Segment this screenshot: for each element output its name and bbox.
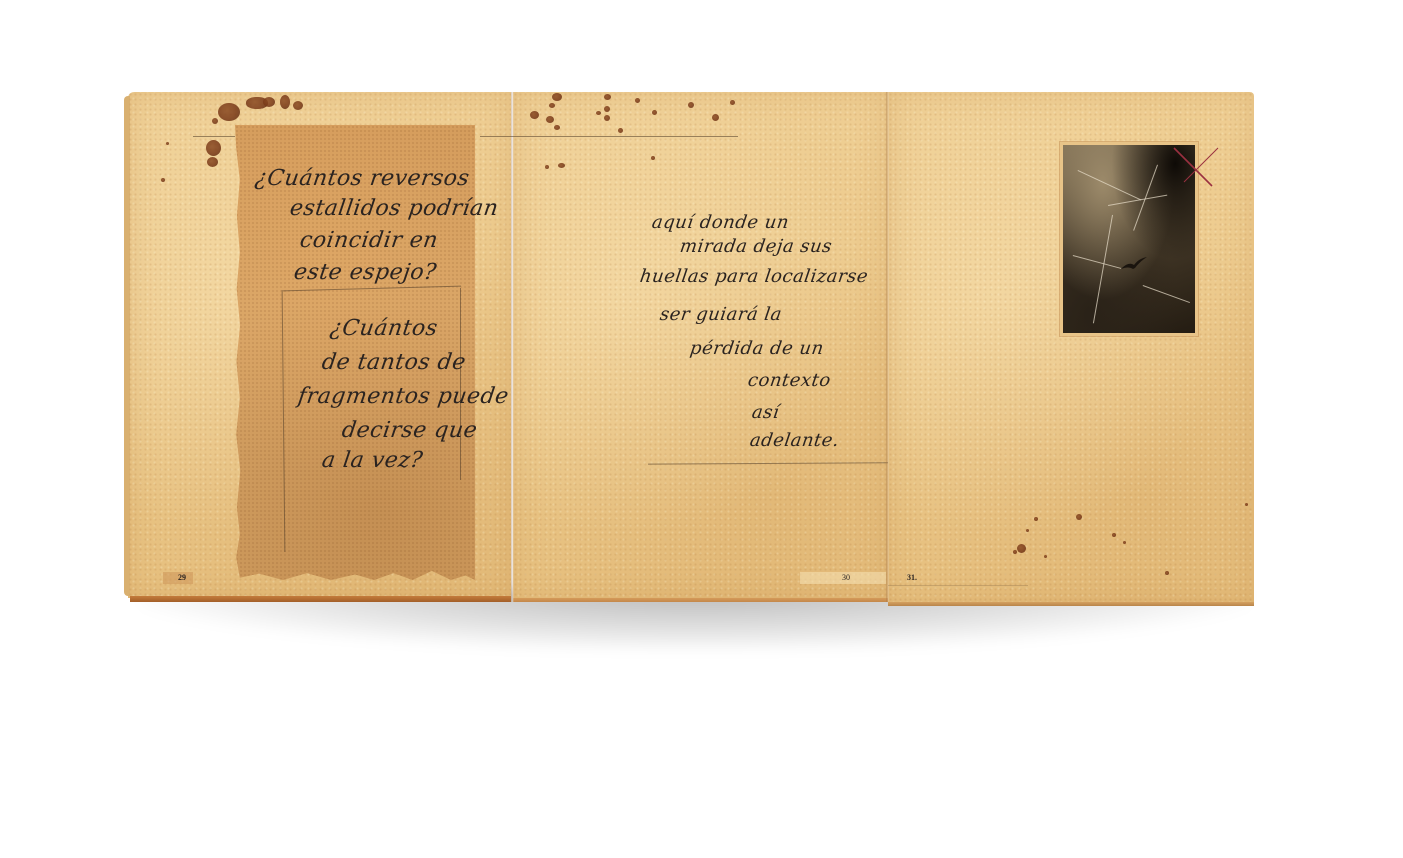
- gutter-fold: [511, 92, 514, 602]
- handwritten-line: aquí donde un: [651, 214, 790, 232]
- ink-stain: [206, 140, 221, 156]
- photo-crack: [1078, 170, 1142, 200]
- handwritten-line: ¿Cuántos: [328, 318, 439, 340]
- ink-stain: [1013, 550, 1017, 554]
- ink-stain: [1044, 555, 1047, 558]
- photo-crack: [1073, 255, 1122, 269]
- handwritten-line: coincidir en: [298, 230, 439, 252]
- ink-stain: [1245, 503, 1248, 506]
- handwritten-line: pérdida de un: [689, 340, 825, 358]
- left-page-bottom-edge: [130, 596, 511, 602]
- handwritten-line: ¿Cuántos reversos: [253, 168, 470, 190]
- photo-crack: [1093, 215, 1113, 324]
- ink-stain: [166, 142, 169, 145]
- ink-stain: [549, 103, 555, 108]
- pencil-rule: [193, 136, 235, 137]
- ink-stain: [212, 118, 218, 124]
- ink-stain: [1017, 544, 1026, 553]
- ink-stain: [530, 111, 539, 119]
- handwritten-line: adelante.: [749, 432, 841, 450]
- ink-stain: [207, 157, 218, 167]
- handwritten-line: decirse que: [340, 420, 478, 442]
- handwritten-line: ser guiará la: [659, 306, 783, 324]
- artist-book-photo: ¿Cuántos reversos estallidos podrían coi…: [0, 0, 1403, 858]
- ink-stain: [293, 101, 303, 110]
- ink-stain: [552, 93, 562, 101]
- handwritten-line: así: [751, 404, 781, 422]
- page-number: 30: [842, 573, 850, 582]
- bird-icon: [1121, 257, 1147, 271]
- ink-stain: [730, 100, 735, 105]
- photo-crack: [1143, 285, 1190, 303]
- photo-crack: [1108, 195, 1167, 206]
- ink-stain: [1165, 571, 1169, 575]
- ink-stain: [1034, 517, 1038, 521]
- ink-stain: [688, 102, 694, 108]
- ink-stain: [545, 165, 549, 169]
- ink-stain: [596, 111, 601, 115]
- handwritten-line: mirada deja sus: [679, 238, 833, 256]
- ink-stain: [546, 116, 554, 123]
- handwritten-line: huellas para localizarse: [639, 268, 870, 286]
- pencil-rule: [480, 136, 738, 137]
- red-x-mark: [1172, 146, 1220, 194]
- ink-stain: [558, 163, 565, 168]
- ink-stain: [554, 125, 560, 130]
- gutter-fold: [886, 92, 889, 602]
- ink-stain: [604, 106, 610, 112]
- handwritten-line: este espejo?: [292, 262, 438, 284]
- ink-stain: [263, 97, 275, 107]
- ink-stain: [1112, 533, 1116, 537]
- ink-stain: [651, 156, 655, 160]
- ink-stain: [635, 98, 640, 103]
- ink-stain: [652, 110, 657, 115]
- ink-stain: [218, 103, 240, 121]
- ink-stain: [1026, 529, 1029, 532]
- ink-stain: [618, 128, 623, 133]
- ink-stain: [280, 95, 290, 109]
- ink-stain: [1123, 541, 1126, 544]
- ink-stain: [604, 94, 611, 100]
- handwritten-line: a la vez?: [320, 450, 424, 472]
- ink-stain: [604, 115, 610, 121]
- handwritten-line: fragmentos puede: [296, 386, 510, 408]
- page-block-edge: [124, 96, 130, 596]
- handwritten-line: de tantos de: [320, 352, 467, 374]
- page-number: 29: [178, 573, 186, 582]
- ink-stain: [712, 114, 719, 121]
- pencil-rule: [888, 585, 1028, 586]
- handwritten-line: contexto: [747, 372, 832, 390]
- right-page-bottom-edge: [888, 602, 1254, 606]
- ink-stain: [161, 178, 165, 182]
- page-number: 31.: [907, 573, 917, 582]
- handwritten-line: estallidos podrían: [288, 198, 499, 220]
- ink-stain: [1076, 514, 1082, 520]
- middle-page-bottom-edge: [513, 598, 888, 602]
